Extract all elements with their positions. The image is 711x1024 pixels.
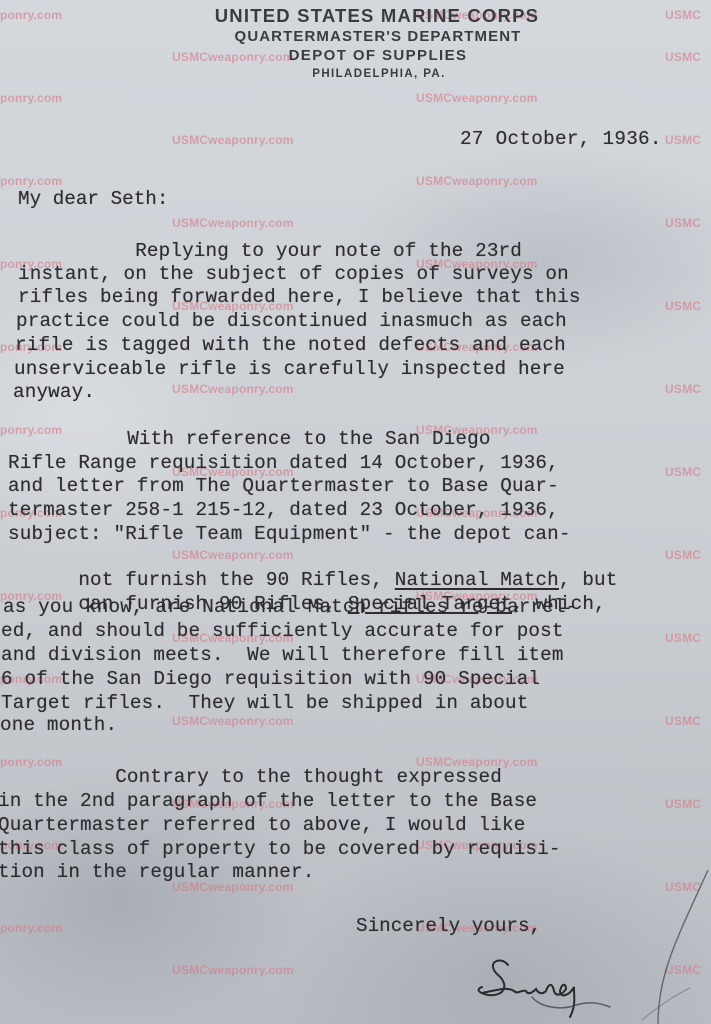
watermark-text: USMCweaponry.com (172, 382, 294, 396)
pencil-margin-mark (640, 870, 711, 1024)
body-line: practice could be discontinued inasmuch … (16, 310, 567, 332)
watermark-text: USMCweaponry.com (416, 91, 538, 105)
watermark-text: ponry.com (0, 91, 62, 105)
watermark-text: USMCweaponry.com (172, 714, 294, 728)
body-line: termaster 258-1 215-12, dated 23 October… (8, 499, 559, 521)
letter-page: ponry.comUSMCweaponry.comUSMCUSMCweaponr… (0, 0, 711, 1024)
letterhead-department: QUARTERMASTER'S DEPARTMENT (156, 27, 600, 46)
body-line: unserviceable rifle is carefully inspect… (14, 358, 565, 380)
body-line: and letter from The Quartermaster to Bas… (8, 475, 559, 497)
body-line: and division meets. We will therefore fi… (1, 644, 564, 666)
body-line: Rifle Range requisition dated 14 October… (8, 452, 559, 474)
watermark-text: USMC (665, 299, 701, 313)
body-line: Target rifles. They will be shipped in a… (1, 692, 528, 714)
watermark-text: ponry.com (0, 8, 62, 22)
body-line: as you know, are National Match rifles r… (3, 596, 577, 618)
body-line: Replying to your note of the 23rd (18, 240, 522, 262)
body-line: Quartermaster referred to above, I would… (0, 814, 525, 836)
watermark-text: USMC (665, 8, 701, 22)
watermark-text: USMCweaponry.com (172, 963, 294, 977)
watermark-text: USMC (665, 631, 701, 645)
watermark-text: USMC (665, 548, 701, 562)
watermark-text: USMCweaponry.com (172, 216, 294, 230)
watermark-text: USMC (665, 133, 701, 147)
watermark-text: USMC (665, 714, 701, 728)
letterhead-city: PHILADELPHIA, PA. (158, 65, 600, 83)
body-line: rifles being forwarded here, I believe t… (18, 286, 581, 308)
letter-date: 27 October, 1936. (460, 128, 662, 150)
body-line: ed, and should be sufficiently accurate … (1, 620, 564, 642)
watermark-text: USMCweaponry.com (416, 174, 538, 188)
watermark-text: ponry.com (0, 921, 62, 935)
body-line: instant, on the subject of copies of sur… (18, 263, 569, 285)
body-line: one month. (0, 714, 117, 736)
watermark-text: ponry.com (0, 174, 62, 188)
body-line: anyway. (13, 381, 95, 403)
letterhead: UNITED STATES MARINE CORPS QUARTERMASTER… (150, 5, 600, 83)
letterhead-organization: UNITED STATES MARINE CORPS (154, 5, 600, 27)
body-line: rifle is tagged with the noted defects a… (15, 334, 566, 356)
letterhead-depot: DEPOT OF SUPPLIES (156, 46, 600, 65)
watermark-text: USMCweaponry.com (172, 133, 294, 147)
watermark-text: USMC (665, 216, 701, 230)
body-line: tion in the regular manner. (0, 861, 314, 883)
body-line: 6 of the San Diego requisition with 90 S… (1, 668, 540, 690)
body-line: in the 2nd paragraph of the letter to th… (0, 790, 537, 812)
salutation: My dear Seth: (18, 188, 168, 210)
body-line: subject: "Rifle Team Equipment" - the de… (8, 523, 571, 545)
body-line: Contrary to the thought expressed (0, 766, 502, 788)
watermark-text: USMC (665, 382, 701, 396)
closing: Sincerely yours, (356, 915, 541, 937)
body-line: this class of property to be covered by … (0, 838, 561, 860)
watermark-text: USMC (665, 465, 701, 479)
watermark-text: USMC (665, 797, 701, 811)
watermark-text: USMC (665, 50, 701, 64)
body-line: With reference to the San Diego (10, 428, 491, 450)
